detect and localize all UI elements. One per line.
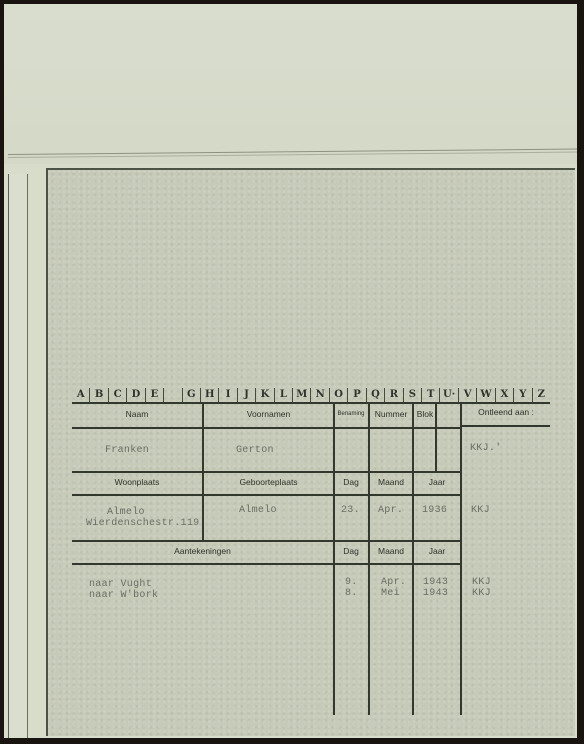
rule-labels2-bottom (72, 494, 462, 496)
rule-address-bottom (72, 540, 462, 542)
note-text: naar W'bork (89, 590, 158, 602)
rule-name-bottom (72, 471, 462, 473)
alpha-tab: A (72, 388, 90, 402)
alpha-tab: J (238, 388, 256, 402)
col-divider-naam (202, 404, 204, 541)
value-birth-dag: 23. (341, 505, 360, 517)
label-jaar: Jaar (414, 477, 460, 487)
value-birth-jaar: 1936 (422, 505, 447, 517)
col-divider-benaming (333, 404, 335, 715)
label-dag: Dag (334, 477, 368, 487)
label-benaming: Benaming (334, 411, 368, 417)
alpha-tab: U· (440, 388, 458, 402)
alpha-tab: R (385, 388, 403, 402)
alphabet-strip: A B C D E G H I J K L M N O P Q R S T U·… (72, 388, 550, 404)
alpha-tab: E (146, 388, 164, 402)
alpha-tab: M (293, 388, 311, 402)
alpha-tab: Q (367, 388, 385, 402)
alpha-tab: G (183, 388, 201, 402)
note-source: KKJ (472, 588, 491, 600)
label-nummer: Nummer (370, 409, 412, 419)
label-maand-notes: Maand (370, 546, 412, 556)
alpha-tab (164, 388, 182, 402)
value-geboorteplaats: Almelo (239, 505, 277, 517)
label-maand: Maand (370, 477, 412, 487)
rule-ontleend-bottom (460, 425, 550, 427)
alpha-tab: I (219, 388, 237, 402)
alpha-tab: W (477, 388, 495, 402)
note-jaar: 1943 (423, 588, 448, 600)
label-ontleend-aan: Ontleend aan : (462, 407, 550, 417)
alpha-tab: V (459, 388, 477, 402)
note-maand: Mei (381, 588, 400, 600)
alpha-tab: Y (514, 388, 532, 402)
alpha-tab: S (404, 388, 422, 402)
rule-labels3-bottom (72, 563, 462, 565)
alpha-tab: C (109, 388, 127, 402)
value-naam: Franken (105, 445, 149, 457)
alpha-tab: T (422, 388, 440, 402)
alpha-tab: O (330, 388, 348, 402)
alpha-tab: X (496, 388, 514, 402)
col-divider-blok (412, 404, 414, 715)
value-voornamen: Gerton (236, 445, 274, 457)
col-divider-nummer (368, 404, 370, 715)
rule-header-bottom (72, 427, 462, 429)
alpha-tab: P (348, 388, 366, 402)
label-blok: Blok (414, 409, 436, 419)
alpha-tab: N (311, 388, 329, 402)
label-geboorteplaats: Geboorteplaats (204, 477, 333, 487)
label-naam: Naam (72, 409, 202, 419)
note-dag: 8. (345, 588, 358, 600)
label-aantekeningen: Aantekeningen (72, 546, 333, 556)
label-jaar-notes: Jaar (414, 546, 460, 556)
top-sheet-blank (4, 4, 577, 164)
left-paper-edge (8, 174, 28, 738)
alpha-tab: B (90, 388, 108, 402)
value-source-2: KKJ (471, 505, 490, 517)
label-voornamen: Voornamen (204, 409, 333, 419)
value-source-1: KKJ.' (470, 443, 502, 455)
alpha-tab: L (275, 388, 293, 402)
label-woonplaats: Woonplaats (72, 477, 202, 487)
label-dag-notes: Dag (334, 546, 368, 556)
alpha-tab: H (201, 388, 219, 402)
col-divider-ontleend (460, 404, 462, 715)
value-woonplaats-line2: Wierdenschestr.119 (86, 518, 199, 530)
value-birth-maand: Apr. (378, 505, 403, 517)
alpha-tab: D (127, 388, 145, 402)
alpha-tab: Z (533, 388, 550, 402)
alpha-tab: K (256, 388, 274, 402)
